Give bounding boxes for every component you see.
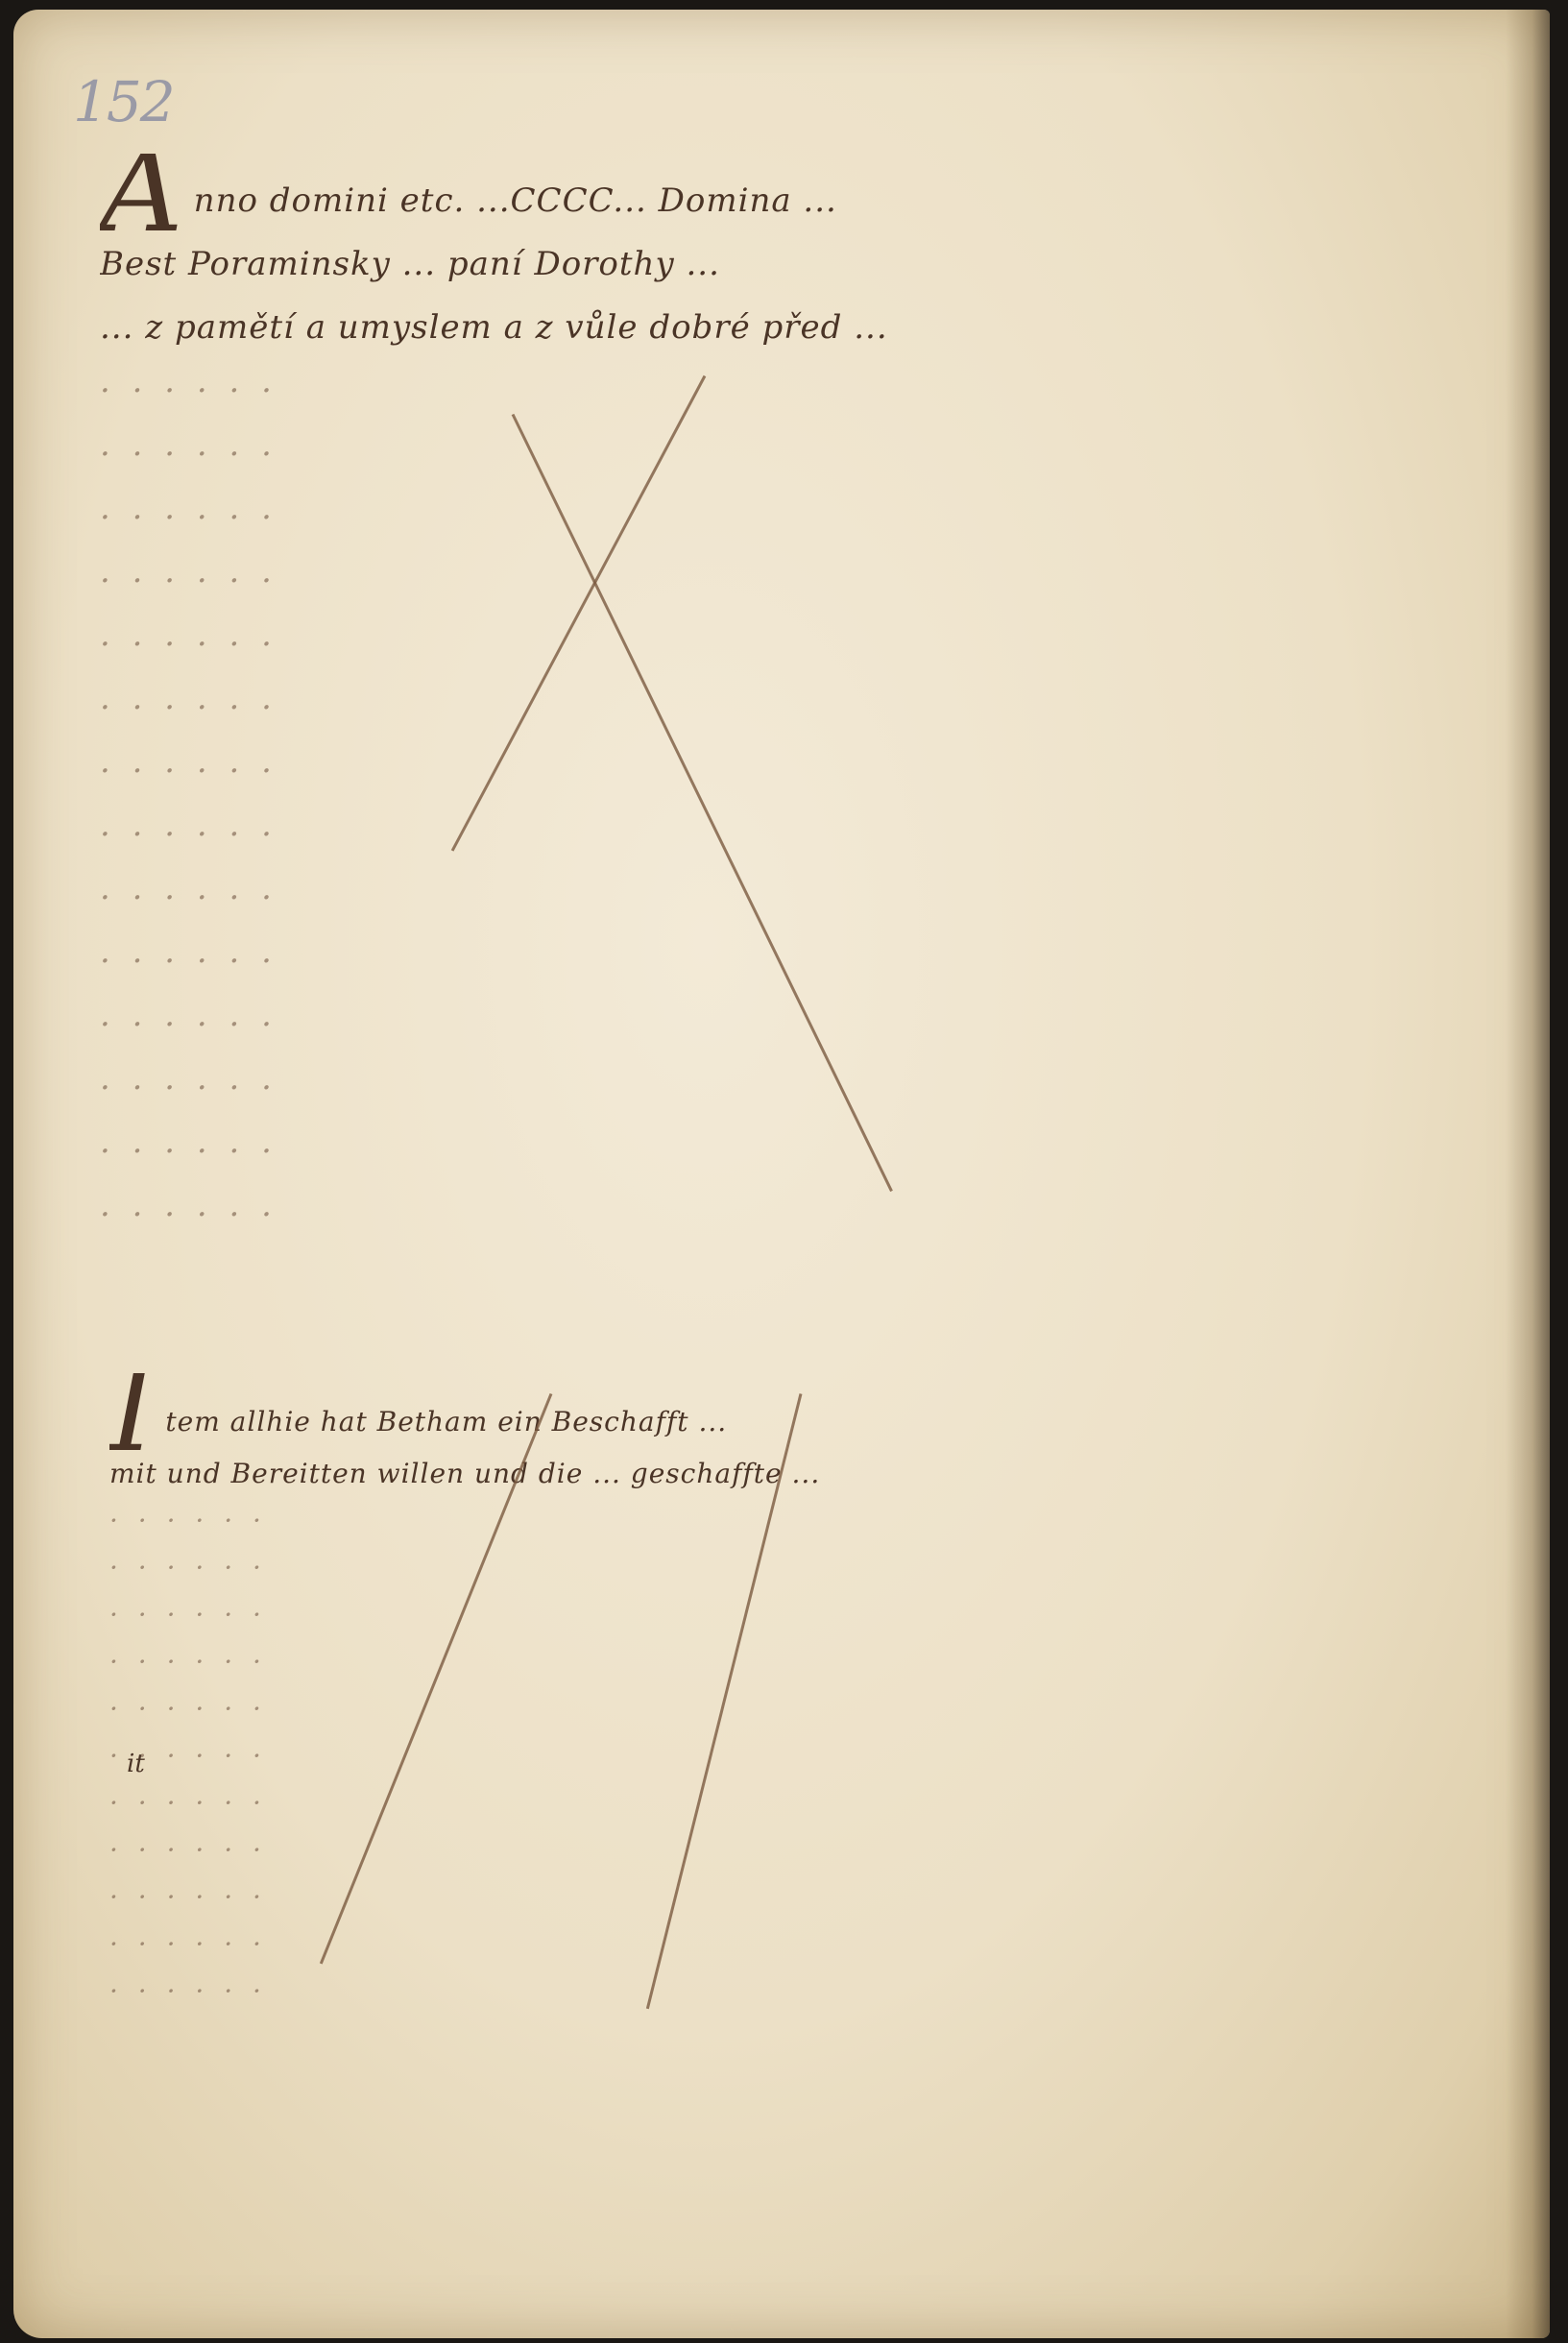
entry-line: Anno domini etc. ...CCCC... Domina ... bbox=[100, 154, 1444, 232]
entry-line: · · · · · · bbox=[100, 866, 1444, 930]
entry-line: · · · · · · bbox=[109, 1497, 1483, 1544]
entry-line: · · · · · · bbox=[109, 1920, 1483, 1968]
manuscript-page: 152 Anno domini etc. ...CCCC... Domina .… bbox=[13, 10, 1550, 2338]
entry-line: · · · · · · bbox=[109, 1873, 1483, 1920]
line-text: nno domini etc. ...CCCC... Domina ... bbox=[194, 181, 837, 220]
entry-line: · · · · · · bbox=[100, 1056, 1444, 1120]
entry-line: · · · · · · bbox=[100, 739, 1444, 803]
entry-line: · · · · · · bbox=[109, 1685, 1483, 1732]
entry-line: Best Poraminsky ... paní Dorothy ... bbox=[100, 232, 1444, 296]
entry-line: · · · · · · bbox=[100, 1183, 1444, 1246]
entry-line: · · · · · · bbox=[100, 676, 1444, 739]
entry-line: · · · · · · bbox=[100, 486, 1444, 549]
decorated-initial: A bbox=[100, 154, 184, 232]
entry-line: ... z pamětí a umyslem a z vůle dobré př… bbox=[100, 296, 1444, 359]
line-text: tem allhie hat Betham ein Beschafft ... bbox=[165, 1406, 727, 1437]
entry-line: · · · · · · bbox=[100, 803, 1444, 866]
entry-line: mit und Bereitten willen und die ... ges… bbox=[109, 1450, 1483, 1497]
folio-number: 152 bbox=[73, 69, 174, 134]
entry-line: · · · · · · bbox=[100, 930, 1444, 993]
entry-line: · · · · · · bbox=[100, 613, 1444, 676]
entry-czech: Anno domini etc. ...CCCC... Domina ... B… bbox=[100, 154, 1444, 1246]
entry-line: · · · · · · bbox=[100, 549, 1444, 613]
entry-line: · · · · · · bbox=[109, 1544, 1483, 1591]
entry-line: · · · · · · bbox=[109, 1826, 1483, 1873]
decorated-initial: I bbox=[109, 1373, 156, 1450]
entry-german: Item allhie hat Betham ein Beschafft ...… bbox=[109, 1373, 1483, 2015]
margin-note: it bbox=[127, 1750, 145, 1778]
entry-line: · · · · · · bbox=[100, 359, 1444, 423]
entry-line: · · · · · · bbox=[109, 1779, 1483, 1826]
entry-line: · · · · · · bbox=[100, 423, 1444, 486]
entry-line: · · · · · · bbox=[100, 993, 1444, 1056]
entry-line: · · · · · · bbox=[109, 1732, 1483, 1779]
entry-line: · · · · · · bbox=[100, 1120, 1444, 1183]
entry-line: · · · · · · bbox=[109, 1591, 1483, 1638]
entry-line: · · · · · · bbox=[109, 1638, 1483, 1685]
entry-line: · · · · · · bbox=[109, 1968, 1483, 2015]
binding-gutter bbox=[1506, 10, 1550, 2338]
